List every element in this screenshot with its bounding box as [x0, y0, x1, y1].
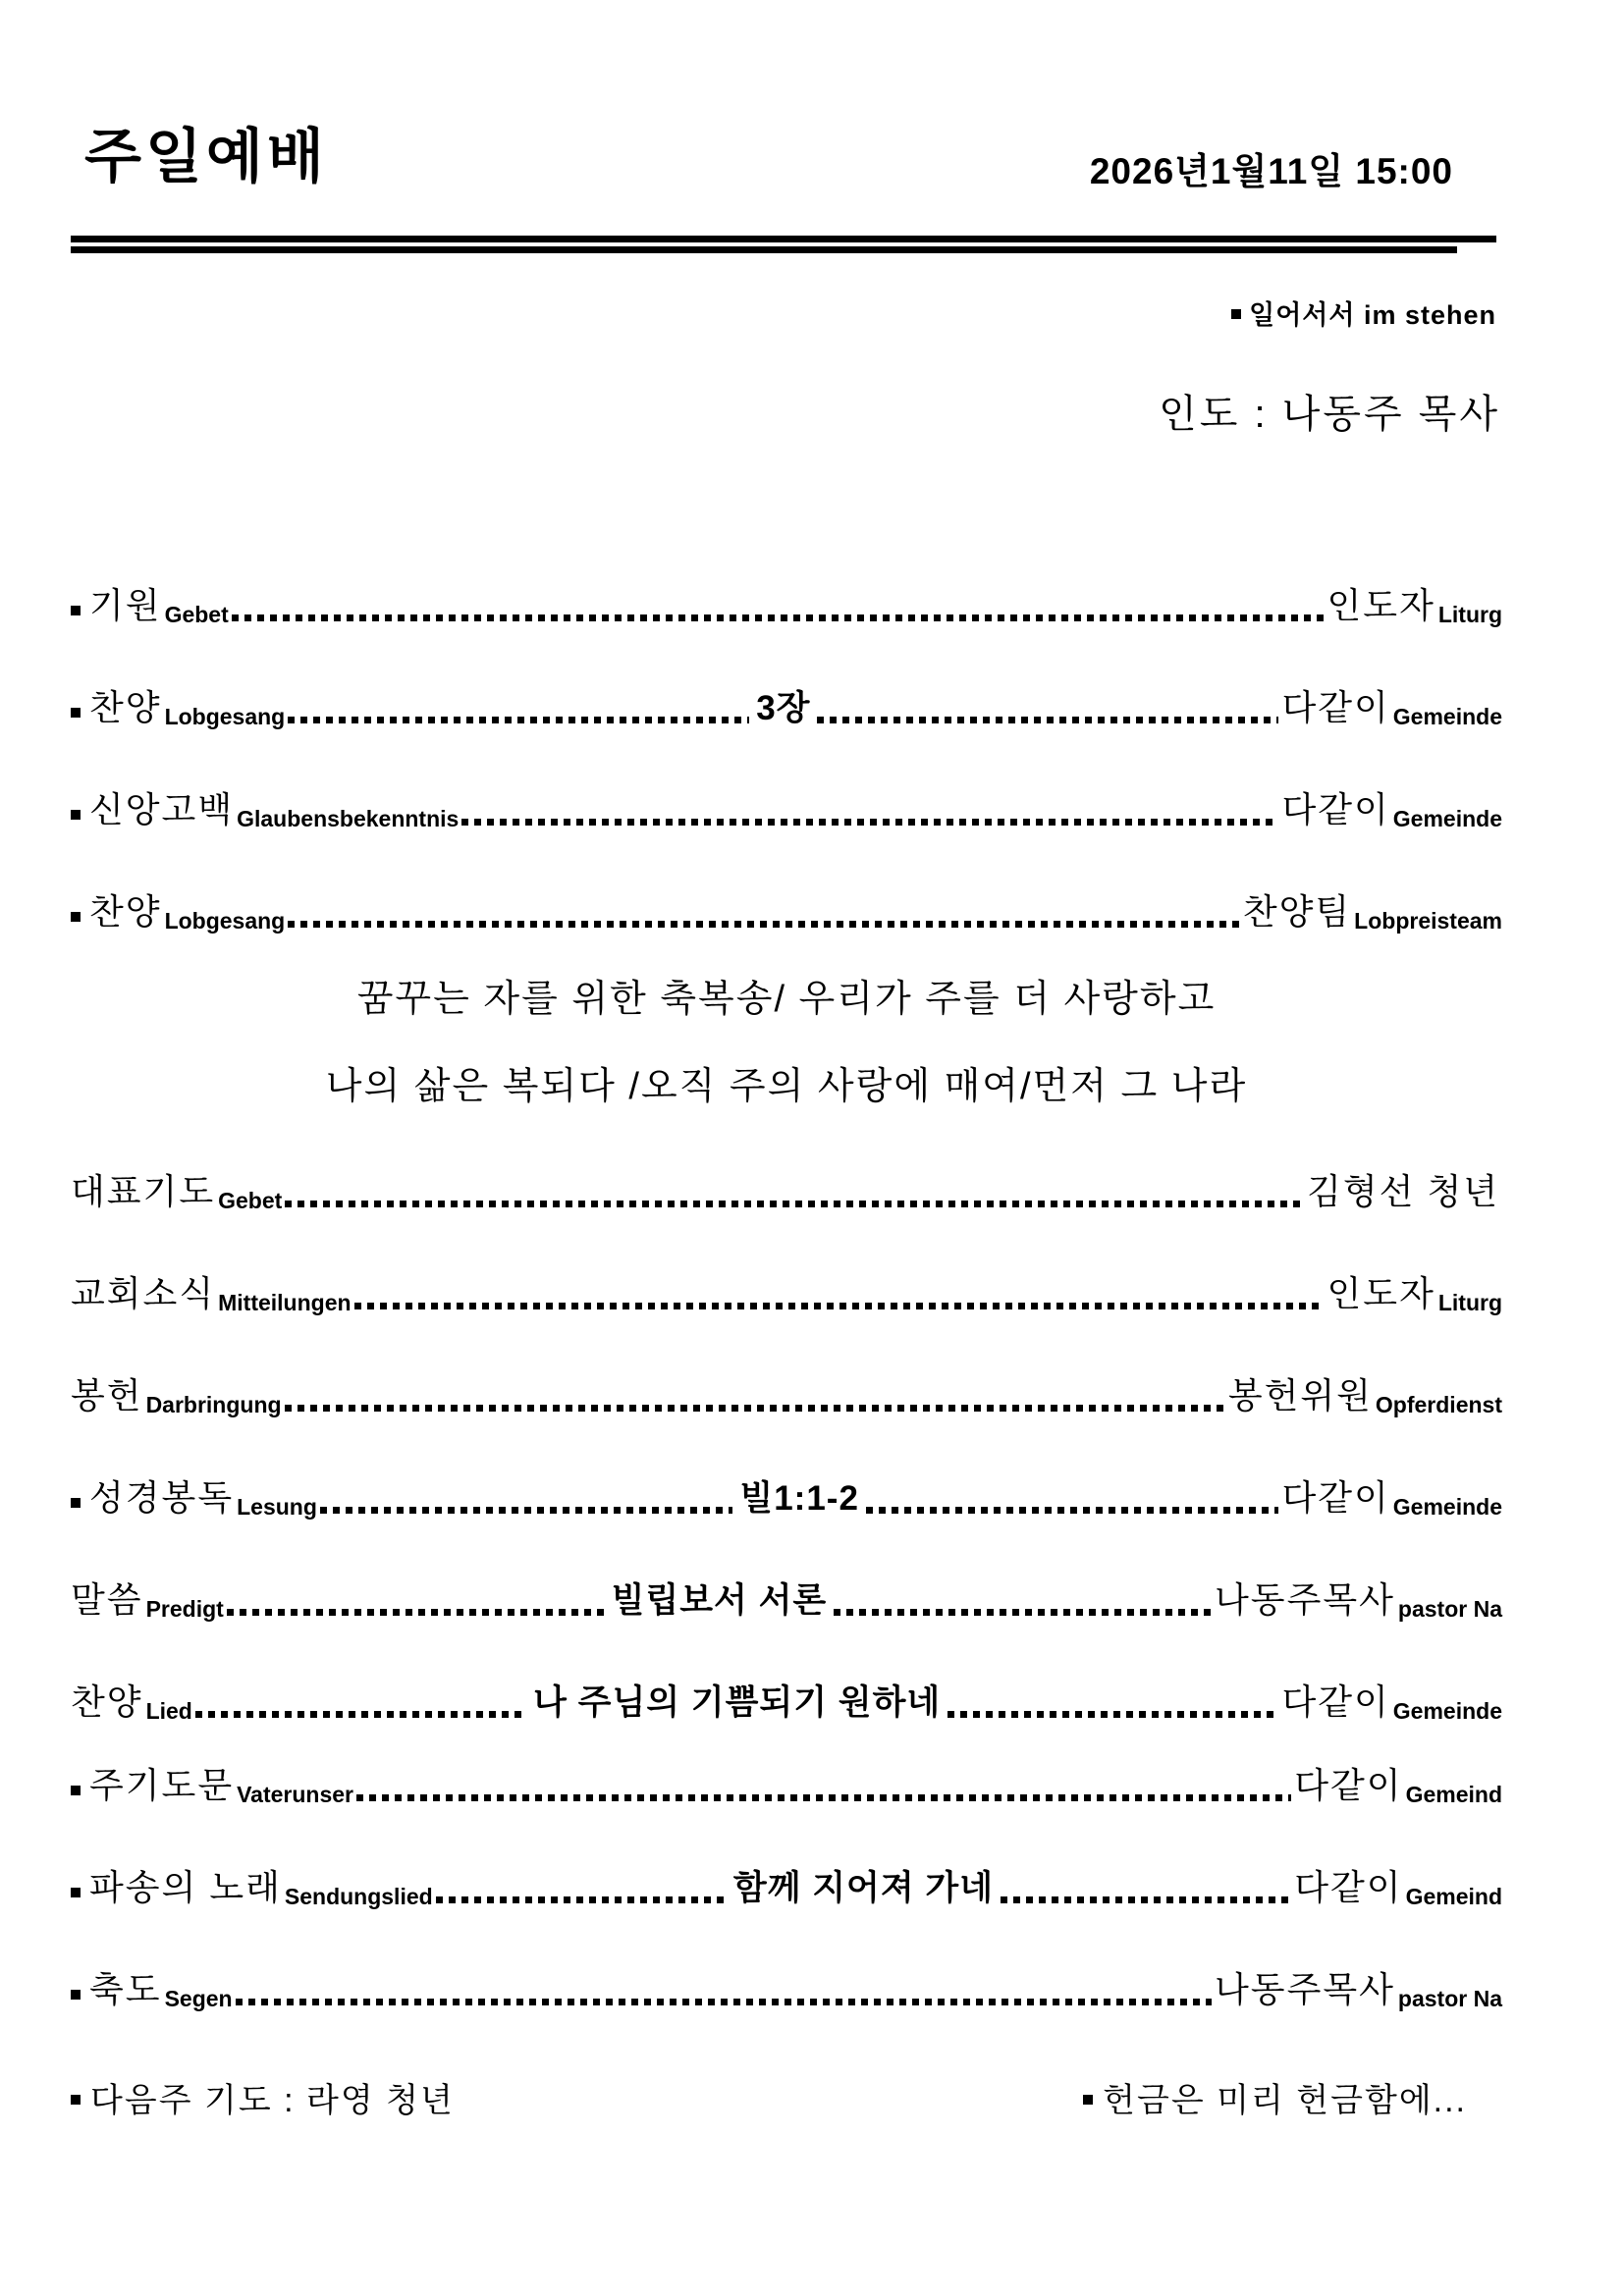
service-item-label: 교회소식	[71, 1266, 215, 1316]
header: 주일예배 2026년1월11일 15:00	[71, 110, 1502, 194]
service-assignee: 봉헌위원	[1228, 1368, 1373, 1418]
service-assignee-sublabel: pastor Na	[1398, 1986, 1502, 2012]
service-assignee-sublabel: Gemeind	[1406, 1782, 1502, 1808]
service-assignee-sublabel: Liturg	[1438, 602, 1502, 628]
service-row: 대표기도 Gebet 김형선 청년	[71, 1164, 1502, 1214]
service-row: 찬양 Lobgesang 3장 다같이 Gemeinde	[71, 680, 1502, 730]
service-item-sublabel: Predigt	[146, 1596, 224, 1623]
footer-next-week-prayer: 다음주 기도 : 라영 청년	[71, 2073, 455, 2121]
service-item-sublabel: Sendungslied	[285, 1884, 433, 1910]
service-assignee: 다같이	[1281, 1470, 1389, 1521]
service-item-sublabel: Darbringung	[146, 1392, 282, 1418]
service-assignee-sublabel: pastor Na	[1398, 1596, 1502, 1623]
service-assignee-sublabel: Gemeinde	[1393, 806, 1502, 832]
dot-leader	[288, 921, 1240, 928]
service-row: 봉헌 Darbringung 봉헌위원 Opferdienst	[71, 1368, 1502, 1418]
service-assignee-sublabel: Gemeinde	[1393, 1494, 1502, 1521]
song-line: 꿈꾸는 자를 위한 축복송/ 우리가 주를 더 사랑하고	[71, 968, 1502, 1022]
footer-offering-note-label: 헌금은 미리 헌금함에...	[1103, 2073, 1467, 2121]
service-assignee: 김형선 청년	[1307, 1164, 1499, 1214]
dot-leader	[285, 1201, 1304, 1207]
service-item-sublabel: Glaubensbekenntnis	[237, 806, 459, 832]
service-leader: 인도 : 나동주 목사	[71, 383, 1502, 439]
dot-leader	[436, 1896, 727, 1903]
service-assignee: 다같이	[1294, 1758, 1402, 1808]
service-assignee-sublabel: Liturg	[1438, 1290, 1502, 1316]
square-bullet-icon	[71, 606, 81, 615]
service-row: 찬양 Lobgesang 찬양팀 Lobpreisteam	[71, 884, 1502, 934]
dot-leader	[320, 1507, 733, 1514]
service-item-label: 주기도문	[89, 1758, 234, 1808]
service-assignee: 다같이	[1281, 1675, 1389, 1725]
service-item-label: 신앙고백	[89, 782, 234, 832]
footer-offering-note: 헌금은 미리 헌금함에...	[1083, 2073, 1467, 2121]
standing-note-label: 일어서서 im stehen	[1249, 294, 1496, 332]
service-assignee-sublabel: Gemeinde	[1393, 1698, 1502, 1725]
service-row: 파송의 노래 Sendungslied 함께 지어져 가네 다같이 Gemein…	[71, 1860, 1502, 1910]
dot-leader	[354, 1303, 1325, 1309]
service-item-middle: 빌1:1-2	[739, 1471, 859, 1521]
square-bullet-icon	[71, 810, 81, 820]
service-assignee-sublabel: Gemeinde	[1393, 704, 1502, 730]
service-item-label: 축도	[89, 1962, 162, 2012]
service-item-middle: 빌립보서 서론	[612, 1574, 828, 1623]
dot-leader	[285, 1405, 1225, 1412]
dot-leader	[227, 1609, 605, 1616]
service-assignee: 인도자	[1327, 1266, 1435, 1316]
service-item-label: 봉헌	[71, 1368, 143, 1418]
service-item-sublabel: Gebet	[218, 1188, 282, 1214]
service-item-sublabel: Gebet	[165, 602, 229, 628]
service-item-label: 파송의 노래	[89, 1860, 282, 1910]
square-bullet-icon	[71, 1498, 81, 1508]
service-assignee-sublabel: Lobpreisteam	[1354, 908, 1502, 934]
service-assignee-sublabel: Gemeind	[1406, 1884, 1502, 1910]
footer-next-week-prayer-label: 다음주 기도 : 라영 청년	[90, 2073, 455, 2121]
footer: 다음주 기도 : 라영 청년 헌금은 미리 헌금함에...	[71, 2073, 1502, 2121]
song-line: 나의 삶은 복되다 /오직 주의 사랑에 매여/먼저 그 나라	[71, 1055, 1502, 1109]
standing-note: 일어서서 im stehen	[71, 294, 1502, 332]
service-item-label: 찬양	[71, 1675, 143, 1725]
dot-leader	[834, 1609, 1212, 1616]
service-row: 교회소식 Mitteilungen 인도자 Liturg	[71, 1266, 1502, 1316]
service-item-label: 기원	[89, 578, 162, 628]
service-item-sublabel: Mitteilungen	[218, 1290, 351, 1316]
service-item-middle: 함께 지어져 가네	[733, 1861, 994, 1910]
service-assignee: 다같이	[1294, 1860, 1402, 1910]
square-bullet-icon	[1231, 309, 1241, 319]
dot-leader	[195, 1711, 526, 1718]
service-assignee-sublabel: Opferdienst	[1376, 1392, 1502, 1418]
service-item-label: 찬양	[89, 680, 162, 730]
dot-leader	[288, 717, 749, 723]
order-of-service: 기원 Gebet 인도자 Liturg 찬양 Lobgesang 3장 다같이 …	[71, 578, 1502, 2012]
dot-leader	[947, 1711, 1278, 1718]
service-assignee: 인도자	[1327, 578, 1435, 628]
dot-leader	[866, 1507, 1279, 1514]
service-row: 축도 Segen 나동주목사 pastor Na	[71, 1962, 1502, 2012]
page-title: 주일예배	[84, 110, 328, 194]
service-assignee: 찬양팀	[1243, 884, 1351, 934]
dot-leader	[461, 819, 1278, 826]
service-row: 주기도문 Vaterunser 다같이 Gemeind	[71, 1758, 1502, 1808]
square-bullet-icon	[71, 1786, 81, 1795]
service-item-middle: 3장	[756, 681, 810, 730]
service-datetime: 2026년1월11일 15:00	[1090, 141, 1453, 194]
service-item-label: 대표기도	[71, 1164, 215, 1214]
bulletin-page: 주일예배 2026년1월11일 15:00 일어서서 im stehen 인도 …	[0, 0, 1624, 2296]
dot-leader	[817, 717, 1278, 723]
dot-leader	[1001, 1896, 1291, 1903]
service-row: 신앙고백 Glaubensbekenntnis 다같이 Gemeinde	[71, 782, 1502, 832]
dot-leader	[356, 1794, 1291, 1801]
square-bullet-icon	[71, 1990, 81, 2000]
dot-leader	[236, 1999, 1212, 2005]
square-bullet-icon	[71, 2095, 81, 2105]
service-row: 말씀 Predigt 빌립보서 서론 나동주목사 pastor Na	[71, 1573, 1502, 1623]
service-assignee: 나동주목사	[1215, 1573, 1395, 1623]
square-bullet-icon	[71, 912, 81, 922]
service-assignee: 다같이	[1281, 782, 1389, 832]
service-item-label: 성경봉독	[89, 1470, 234, 1521]
service-item-sublabel: Lobgesang	[165, 908, 286, 934]
service-item-sublabel: Segen	[165, 1986, 233, 2012]
dot-leader	[232, 614, 1325, 621]
service-row: 성경봉독 Lesung 빌1:1-2 다같이 Gemeinde	[71, 1470, 1502, 1521]
service-item-sublabel: Lied	[146, 1698, 192, 1725]
service-assignee: 나동주목사	[1215, 1962, 1395, 2012]
square-bullet-icon	[71, 708, 81, 718]
service-item-label: 말씀	[71, 1573, 143, 1623]
service-row: 찬양 Lied 나 주님의 기쁨되기 원하네 다같이 Gemeinde	[71, 1675, 1502, 1725]
square-bullet-icon	[1083, 2095, 1093, 2105]
header-rule	[71, 236, 1502, 254]
square-bullet-icon	[71, 1888, 81, 1897]
service-item-sublabel: Vaterunser	[237, 1782, 353, 1808]
service-item-sublabel: Lesung	[237, 1494, 317, 1521]
service-row: 기원 Gebet 인도자 Liturg	[71, 578, 1502, 628]
service-assignee: 다같이	[1281, 680, 1389, 730]
header-rule-bottom	[71, 246, 1457, 253]
service-item-sublabel: Lobgesang	[165, 704, 286, 730]
header-rule-top	[71, 236, 1496, 242]
service-item-middle: 나 주님의 기쁨되기 원하네	[533, 1676, 941, 1725]
service-item-label: 찬양	[89, 884, 162, 934]
